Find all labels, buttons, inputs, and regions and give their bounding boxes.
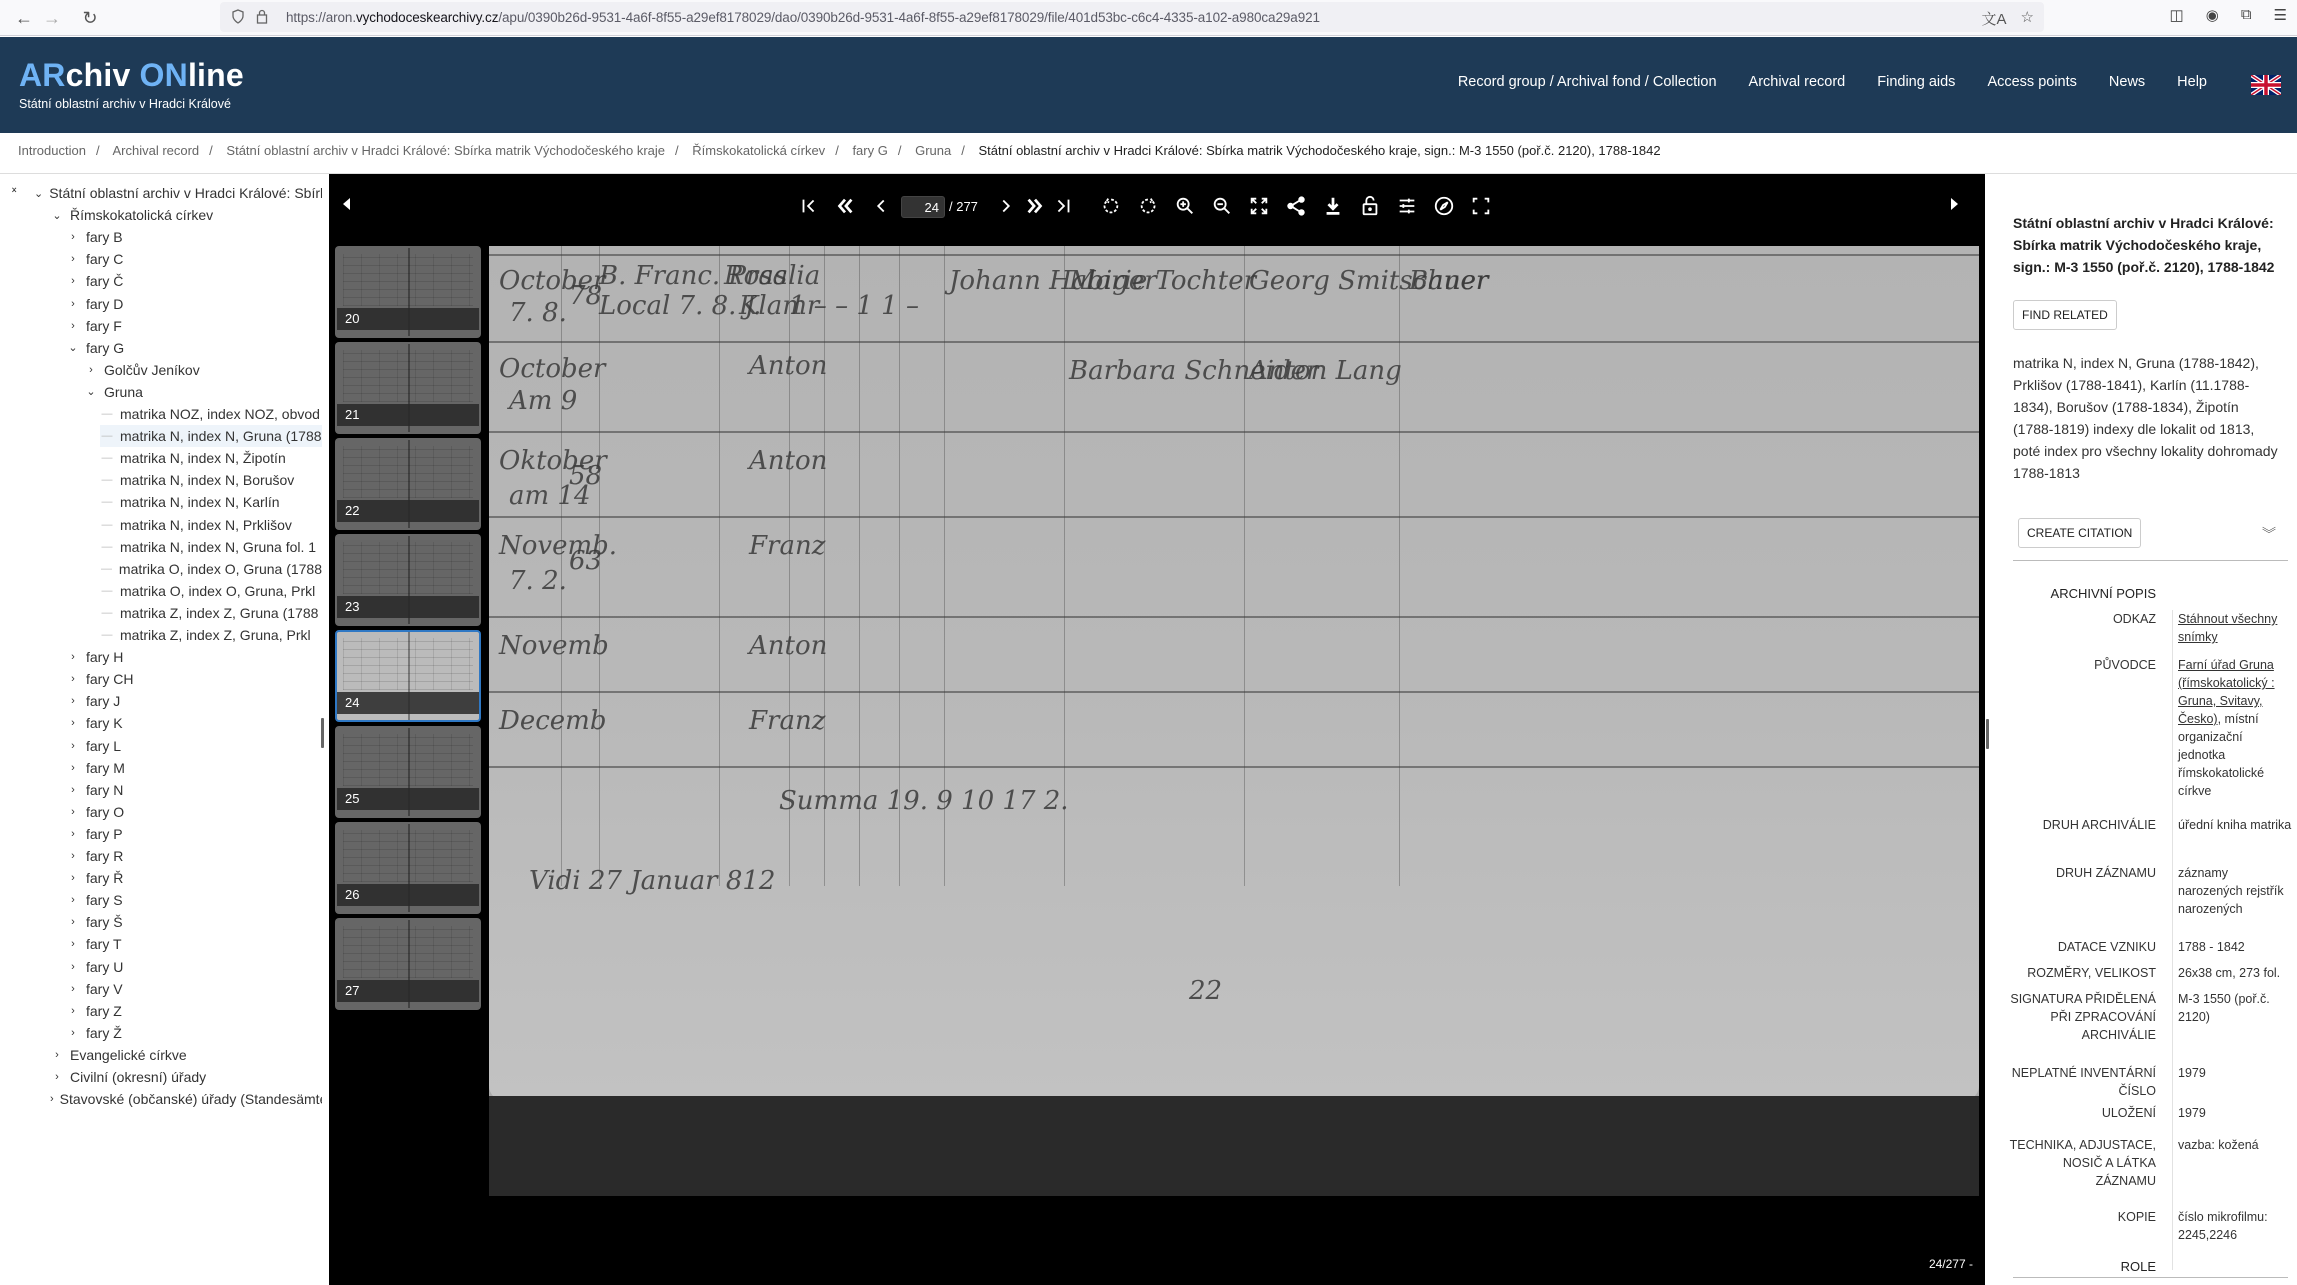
- tree-item-label: fary Ž: [86, 1025, 122, 1041]
- adjust-sliders-icon[interactable]: [1393, 192, 1421, 220]
- leaf-dash-icon: —: [100, 585, 114, 597]
- handwritten-text: 1 – – 1 1 –: [789, 291, 919, 321]
- rotate-left-icon[interactable]: [1097, 192, 1125, 220]
- property-key: ODKAZ: [2006, 610, 2156, 628]
- tree-item[interactable]: ›fary J: [66, 690, 322, 712]
- breadcrumb-rimskokatolicka[interactable]: Římskokatolická církev: [692, 143, 825, 158]
- chevron-right-icon[interactable]: ›: [66, 253, 80, 265]
- page-thumbnail[interactable]: 20: [335, 246, 481, 338]
- tree-item[interactable]: ›fary B: [66, 226, 322, 248]
- tree-item-label: fary J: [86, 693, 120, 709]
- tree-item-label: fary V: [86, 981, 123, 997]
- property-key: DRUH ZÁZNAMU: [2006, 864, 2156, 882]
- tree-item-label: matrika Z, index Z, Gruna, Prkl: [120, 627, 311, 643]
- handwritten-text: 7. 8.: [509, 298, 567, 328]
- tree-item[interactable]: ›fary D: [66, 293, 322, 315]
- tree-item[interactable]: ›fary U: [66, 956, 322, 978]
- tree-item-label: fary T: [86, 936, 122, 952]
- tree-item-label: matrika N, index N, Gruna (1788: [120, 428, 322, 444]
- breadcrumb-current: Státní oblastní archiv v Hradci Králové:…: [978, 143, 1660, 158]
- leaf-dash-icon: —: [100, 519, 114, 531]
- next-page-icon[interactable]: [992, 192, 1020, 220]
- tree-item[interactable]: —matrika N, index N, Karlín: [100, 491, 322, 513]
- tree-item-label: Stavovské (občanské) úřady (Standesämter…: [60, 1091, 322, 1107]
- browser-toolbar: ← → ↻ https://aron.vychodoceskearchivy.c…: [0, 0, 2297, 36]
- chevron-right-icon[interactable]: ›: [66, 717, 80, 729]
- page-number-input[interactable]: [901, 196, 945, 218]
- tree-item[interactable]: ›fary S: [66, 889, 322, 911]
- page-thumbnail[interactable]: 27: [335, 918, 481, 1010]
- tree-item[interactable]: —matrika N, index N, Prklišov: [100, 514, 322, 536]
- collapse-all-icon[interactable]: ⌄⌃: [10, 184, 18, 198]
- chevron-right-icon[interactable]: ›: [50, 1049, 64, 1061]
- tree-item[interactable]: ›fary T: [66, 933, 322, 955]
- chevron-right-icon[interactable]: ›: [66, 740, 80, 752]
- address-bar[interactable]: https://aron.vychodoceskearchivy.cz/apu/…: [220, 2, 2044, 32]
- thumbnail-page-number: 22: [337, 500, 479, 522]
- chevron-right-icon[interactable]: ›: [84, 364, 98, 376]
- tree-item-label: matrika O, index O, Gruna, Prkl: [120, 583, 315, 599]
- property-value: vazba: kožená: [2178, 1136, 2293, 1154]
- document-image[interactable]: October7. 8.78B. Franc. PrasLocal 7. 8. …: [489, 246, 1979, 1196]
- page-thumbnail[interactable]: 23: [335, 534, 481, 626]
- chevron-right-icon[interactable]: ›: [66, 828, 80, 840]
- chevron-right-icon[interactable]: ›: [66, 298, 80, 310]
- last-page-icon[interactable]: [1049, 192, 1077, 220]
- divider: [2013, 560, 2288, 561]
- tree-item-label: fary G: [86, 340, 124, 356]
- tree-item[interactable]: ›fary M: [66, 757, 322, 779]
- chevron-right-icon[interactable]: ›: [66, 938, 80, 950]
- tree-item-label: Římskokatolická církev: [70, 207, 213, 223]
- tree-item-label: fary L: [86, 738, 121, 754]
- chevron-right-icon[interactable]: ›: [66, 1027, 80, 1039]
- nav-help[interactable]: Help: [2177, 74, 2207, 90]
- page-thumbnail[interactable]: 24: [335, 630, 481, 722]
- leaf-dash-icon: —: [100, 607, 114, 619]
- handwritten-text: 22: [1189, 976, 1222, 1006]
- leaf-dash-icon: —: [100, 563, 113, 575]
- property-value: 1979: [2178, 1104, 2293, 1122]
- chevron-right-icon[interactable]: ›: [66, 850, 80, 862]
- tree-item[interactable]: ⌄Gruna: [84, 381, 322, 403]
- left-splitter-handle[interactable]: [321, 718, 324, 748]
- handwritten-text: Vidi 27 Januar 812: [529, 866, 775, 896]
- handwritten-text: Local 7. 8. J.: [599, 291, 761, 321]
- handwritten-text: Summa 19. 9 10 17 2.: [779, 786, 1069, 816]
- property-value: 1979: [2178, 1064, 2293, 1082]
- register-page-scan: October7. 8.78B. Franc. PrasLocal 7. 8. …: [489, 246, 1979, 1106]
- page-thumbnail[interactable]: 25: [335, 726, 481, 818]
- property-value: 26x38 cm, 273 fol.: [2178, 964, 2293, 982]
- leaf-dash-icon: —: [100, 541, 114, 553]
- nav-finding-aids[interactable]: Finding aids: [1877, 74, 1955, 90]
- leaf-dash-icon: —: [100, 496, 114, 508]
- zoom-out-icon[interactable]: [1208, 192, 1236, 220]
- handwritten-text: Franz: [749, 531, 825, 561]
- breadcrumb: Introduction/ Archival record/ Státní ob…: [18, 143, 1661, 158]
- nav-access-points[interactable]: Access points: [1987, 74, 2076, 90]
- tree-item[interactable]: ›fary N: [66, 779, 322, 801]
- chevron-right-icon[interactable]: ›: [50, 1093, 54, 1105]
- tree-item[interactable]: ›fary V: [66, 978, 322, 1000]
- property-key: ROZMĚRY, VELIKOST: [2006, 964, 2156, 982]
- double-chevron-down-icon[interactable]: ︾: [2262, 524, 2276, 544]
- download-all-link[interactable]: Stáhnout všechny snímky: [2178, 612, 2277, 644]
- chevron-right-icon[interactable]: ›: [66, 673, 80, 685]
- handwritten-text: Anton: [749, 446, 827, 476]
- tree-item-label: Státní oblastní archiv v Hradci Králové:…: [49, 185, 322, 201]
- handwritten-text: Anton Lang: [1249, 356, 1402, 386]
- tree-item[interactable]: ›fary Č: [66, 270, 322, 292]
- tree-item-label: fary K: [86, 715, 123, 731]
- property-key: TECHNIKA, ADJUSTACE, NOSIČ A LÁTKA ZÁZNA…: [2006, 1136, 2156, 1190]
- tree-item[interactable]: —matrika N, index N, Žipotín: [100, 447, 322, 469]
- toggle-right-panel-icon[interactable]: [1951, 198, 1958, 210]
- menu-icon[interactable]: ☰: [2274, 6, 2287, 24]
- chevron-right-icon[interactable]: ›: [66, 651, 80, 663]
- archive-tree: ⌄⌃ ⌄Státní oblastní archiv v Hradci Král…: [0, 174, 322, 1285]
- handwritten-text: 7. 2.: [509, 566, 567, 596]
- tree-item[interactable]: ›fary K: [66, 712, 322, 734]
- tree-item-label: fary F: [86, 318, 122, 334]
- site-subtitle: Státní oblastní archiv v Hradci Králové: [19, 97, 231, 111]
- tree-item-label: fary Z: [86, 1003, 122, 1019]
- property-value: M-3 1550 (poř.č. 2120): [2178, 990, 2293, 1026]
- tree-item[interactable]: ›fary Z: [66, 1000, 322, 1022]
- fast-forward-icon[interactable]: [1021, 192, 1049, 220]
- tree-item[interactable]: ›Stavovské (občanské) úřady (Standesämte…: [50, 1088, 322, 1110]
- tree-item-label: matrika N, index N, Prklišov: [120, 517, 292, 533]
- tree-item-label: fary C: [86, 251, 123, 267]
- reload-button[interactable]: ↻: [76, 4, 104, 32]
- tree-item-label: fary CH: [86, 671, 133, 687]
- arrow-right-icon: →: [43, 8, 61, 29]
- tree-item[interactable]: ›fary O: [66, 801, 322, 823]
- breadcrumb-fary-g[interactable]: fary G: [852, 143, 887, 158]
- thumbnail-page-number: 27: [337, 980, 479, 1002]
- page-total: / 277: [949, 199, 978, 214]
- shield-icon: [232, 9, 244, 24]
- chevron-right-icon[interactable]: ›: [66, 894, 80, 906]
- thumbnail-page-number: 21: [337, 404, 479, 426]
- tree-item-label: matrika O, index O, Gruna (1788: [119, 561, 322, 577]
- tree-item[interactable]: ›fary Š: [66, 911, 322, 933]
- chevron-right-icon[interactable]: ›: [66, 983, 80, 995]
- handwritten-text: Marie Tochter: [1069, 266, 1256, 296]
- property-key: PŮVODCE: [2006, 656, 2156, 674]
- tree-item[interactable]: ›fary CH: [66, 668, 322, 690]
- scan-background: [489, 1096, 1979, 1196]
- tree-item[interactable]: ›Evangelické církve: [50, 1044, 322, 1066]
- tree-item[interactable]: ›fary L: [66, 735, 322, 757]
- leaf-dash-icon: —: [100, 474, 114, 486]
- tree-item-label: Evangelické církve: [70, 1047, 187, 1063]
- chevron-right-icon[interactable]: ›: [66, 806, 80, 818]
- tree-item[interactable]: ⌄Státní oblastní archiv v Hradci Králové…: [34, 182, 322, 204]
- fast-back-icon[interactable]: [831, 192, 859, 220]
- property-value: Stáhnout všechny snímky: [2178, 610, 2293, 646]
- arrow-left-icon: ←: [15, 8, 33, 29]
- find-related-button[interactable]: FIND RELATED: [2013, 300, 2117, 330]
- create-citation-button[interactable]: CREATE CITATION: [2018, 518, 2141, 548]
- tree-item-label: Golčův Jeníkov: [104, 362, 200, 378]
- tree-item-label: fary N: [86, 782, 123, 798]
- tree-item[interactable]: ⌄Římskokatolická církev: [50, 204, 322, 226]
- tree-item[interactable]: ›Civilní (okresní) úřady: [50, 1066, 322, 1088]
- record-title: Státní oblastní archiv v Hradci Králové:…: [2013, 212, 2278, 278]
- tree-item[interactable]: ›fary P: [66, 823, 322, 845]
- tree-item-label: fary H: [86, 649, 123, 665]
- viewer-toolbar: / 277: [329, 174, 1985, 240]
- tree-item[interactable]: ⌄fary G: [66, 337, 322, 359]
- property-key: DRUH ARCHIVÁLIE: [2006, 816, 2156, 834]
- section-title-archivni-popis: ARCHIVNÍ POPIS: [2051, 586, 2156, 601]
- share-icon[interactable]: [1282, 192, 1310, 220]
- leaf-dash-icon: —: [100, 629, 114, 641]
- unlock-icon[interactable]: [1356, 192, 1384, 220]
- page-thumbnail[interactable]: 22: [335, 438, 481, 530]
- tree-item-label: fary Š: [86, 914, 123, 930]
- property-key: ULOŽENÍ: [2006, 1104, 2156, 1122]
- property-key: KOPIE: [2006, 1208, 2156, 1226]
- tree-item-label: matrika N, index N, Karlín: [120, 494, 280, 510]
- nav-news[interactable]: News: [2109, 74, 2145, 90]
- property-value: záznamy narozených rejstřík narozených: [2178, 864, 2293, 918]
- uk-flag-icon[interactable]: [2251, 75, 2281, 95]
- nav-archival-record[interactable]: Archival record: [1749, 74, 1846, 90]
- property-key: NEPLATNÉ INVENTÁRNÍ ČÍSLO: [2006, 1064, 2156, 1100]
- handwritten-text: Am 9: [509, 386, 577, 416]
- chevron-down-icon[interactable]: ⌄: [34, 187, 43, 200]
- lock-icon: [256, 9, 268, 24]
- handwritten-text: Novemb: [499, 631, 609, 661]
- handwritten-text: October: [499, 354, 605, 384]
- property-key: DATACE VZNIKU: [2006, 938, 2156, 956]
- handwritten-text: 63: [569, 546, 602, 576]
- chevron-right-icon[interactable]: ›: [66, 916, 80, 928]
- tree-item-label: fary O: [86, 804, 124, 820]
- chevron-right-icon[interactable]: ›: [66, 231, 80, 243]
- prev-page-icon[interactable]: [867, 192, 895, 220]
- page-counter: 24/277 -: [1929, 1257, 1973, 1271]
- translate-icon[interactable]: 文A: [1982, 8, 2007, 29]
- tree-item[interactable]: ›fary Ž: [66, 1022, 322, 1044]
- tree-item-label: fary S: [86, 892, 123, 908]
- download-icon[interactable]: [1319, 192, 1347, 220]
- tree-item-label: fary U: [86, 959, 123, 975]
- tree-item[interactable]: —matrika O, index O, Gruna, Prkl: [100, 580, 322, 602]
- tree-item-label: fary D: [86, 296, 123, 312]
- chevron-right-icon[interactable]: ›: [50, 1071, 64, 1083]
- chevron-down-icon[interactable]: ⌄: [50, 209, 64, 222]
- tree-item[interactable]: ›Golčův Jeníkov: [84, 359, 322, 381]
- chevron-down-icon[interactable]: ⌄: [84, 385, 98, 398]
- chevron-right-icon[interactable]: ›: [66, 762, 80, 774]
- page-thumbnail[interactable]: 26: [335, 822, 481, 914]
- tree-item-label: fary M: [86, 760, 125, 776]
- section-title-role: ROLE: [2121, 1259, 2156, 1274]
- tree-item-label: Civilní (okresní) úřady: [70, 1069, 206, 1085]
- tree-item-label: matrika N, index N, Gruna fol. 1: [120, 539, 316, 555]
- record-detail-panel: Státní oblastní archiv v Hradci Králové:…: [2000, 174, 2297, 1285]
- page-thumbnail[interactable]: 21: [335, 342, 481, 434]
- forward-button[interactable]: →: [38, 4, 66, 32]
- first-page-icon[interactable]: [795, 192, 823, 220]
- site-header: ARchiv ONline Státní oblastní archiv v H…: [0, 37, 2297, 133]
- tree-item[interactable]: ›fary F: [66, 315, 322, 337]
- bookmark-star-icon[interactable]: ☆: [2021, 8, 2034, 29]
- property-key: SIGNATURA PŘIDĚLENÁ PŘI ZPRACOVÁNÍ ARCHI…: [2006, 990, 2156, 1044]
- site-logo[interactable]: ARchiv ONline: [19, 57, 244, 94]
- property-value: 1788 - 1842: [2178, 938, 2293, 956]
- chevron-right-icon[interactable]: ›: [66, 320, 80, 332]
- thumbnail-page-number: 24: [337, 692, 479, 714]
- tree-item[interactable]: ›fary Ř: [66, 867, 322, 889]
- thumbnail-page-number: 23: [337, 596, 479, 618]
- tree-item[interactable]: —matrika Z, index Z, Gruna (1788: [100, 602, 322, 624]
- property-value: číslo mikrofilmu: 2245,2246: [2178, 1208, 2293, 1244]
- property-value: Farní úřad Gruna (římskokatolický : Grun…: [2178, 656, 2293, 800]
- thumbnail-page-number: 26: [337, 884, 479, 906]
- tree-item[interactable]: ›fary C: [66, 248, 322, 270]
- handwritten-text: 58: [569, 461, 602, 491]
- handwritten-text: Anton: [749, 351, 827, 381]
- chevron-right-icon[interactable]: ›: [66, 1005, 80, 1017]
- handwritten-text: Franz: [749, 706, 825, 736]
- breadcrumb-fond[interactable]: Státní oblastní archiv v Hradci Králové:…: [226, 143, 665, 158]
- tree-item-label: fary R: [86, 848, 123, 864]
- image-viewer: / 277 2021222324252627: [329, 174, 1985, 1285]
- tree-item-label: Gruna: [104, 384, 143, 400]
- table-divider: [2172, 610, 2173, 1270]
- tree-item-label: fary B: [86, 229, 123, 245]
- tree-item[interactable]: —matrika Z, index Z, Gruna, Prkl: [100, 624, 322, 646]
- handwritten-text: 78: [569, 281, 602, 311]
- tree-item[interactable]: —matrika N, index N, Gruna (1788: [100, 425, 322, 447]
- reload-icon: ↻: [82, 8, 97, 29]
- zoom-in-icon[interactable]: [1171, 192, 1199, 220]
- handwritten-text: Bauer: [1409, 266, 1488, 296]
- extensions-icon[interactable]: ⧉: [2241, 6, 2252, 24]
- tree-item-label: fary P: [86, 826, 123, 842]
- tree-item-label: matrika Z, index Z, Gruna (1788: [120, 605, 318, 621]
- chevron-right-icon[interactable]: ›: [66, 695, 80, 707]
- tree-item-label: matrika N, index N, Borušov: [120, 472, 294, 488]
- handwritten-text: Rosalia: [724, 261, 820, 291]
- chevron-right-icon[interactable]: ›: [66, 961, 80, 973]
- thumbnail-page-number: 20: [337, 308, 479, 330]
- fullscreen-icon[interactable]: [1467, 192, 1495, 220]
- toggle-left-panel-icon[interactable]: [343, 198, 350, 210]
- thumbnail-strip[interactable]: 2021222324252627: [335, 240, 481, 1285]
- tree-item[interactable]: —matrika NOZ, index NOZ, obvod: [100, 403, 322, 425]
- tree-item-label: matrika NOZ, index NOZ, obvod: [120, 406, 320, 422]
- leaf-dash-icon: —: [100, 408, 114, 420]
- fit-to-screen-icon[interactable]: [1245, 192, 1273, 220]
- chevron-right-icon[interactable]: ›: [66, 275, 80, 287]
- back-button[interactable]: ←: [10, 4, 38, 32]
- rotate-right-icon[interactable]: [1134, 192, 1162, 220]
- nav-record-group[interactable]: Record group / Archival fond / Collectio…: [1458, 74, 1717, 90]
- record-description: matrika N, index N, Gruna (1788-1842), P…: [2013, 352, 2283, 484]
- right-splitter-handle[interactable]: [1986, 719, 1989, 749]
- tree-item-label: fary Ř: [86, 870, 123, 886]
- thumbnail-page-number: 25: [337, 788, 479, 810]
- property-value: úřední kniha matrika: [2178, 816, 2293, 834]
- tree-item-label: fary Č: [86, 273, 123, 289]
- chevron-right-icon[interactable]: ›: [66, 784, 80, 796]
- breadcrumb-gruna[interactable]: Gruna: [915, 143, 951, 158]
- chevron-down-icon[interactable]: ⌄: [66, 341, 80, 354]
- divider: [2013, 1277, 2288, 1278]
- handwritten-text: Decemb: [499, 706, 606, 736]
- breadcrumb-introduction[interactable]: Introduction: [18, 143, 86, 158]
- handwritten-text: Anton: [749, 631, 827, 661]
- main-nav: Record group / Archival fond / Collectio…: [1426, 74, 2207, 90]
- chevron-right-icon[interactable]: ›: [66, 872, 80, 884]
- tree-item[interactable]: ›fary R: [66, 845, 322, 867]
- account-icon[interactable]: ◉: [2206, 6, 2219, 24]
- tree-item[interactable]: —matrika O, index O, Gruna (1788: [100, 558, 322, 580]
- compass-icon[interactable]: [1430, 192, 1458, 220]
- url-text: https://aron.vychodoceskearchivy.cz/apu/…: [286, 10, 1320, 25]
- tree-item[interactable]: —matrika N, index N, Gruna fol. 1: [100, 536, 322, 558]
- tree-item[interactable]: —matrika N, index N, Borušov: [100, 469, 322, 491]
- pocket-icon[interactable]: ◫: [2170, 6, 2184, 24]
- breadcrumb-archival-record[interactable]: Archival record: [112, 143, 199, 158]
- leaf-dash-icon: —: [100, 430, 114, 442]
- tree-item[interactable]: ›fary H: [66, 646, 322, 668]
- tree-item-label: matrika N, index N, Žipotín: [120, 450, 286, 466]
- leaf-dash-icon: —: [100, 452, 114, 464]
